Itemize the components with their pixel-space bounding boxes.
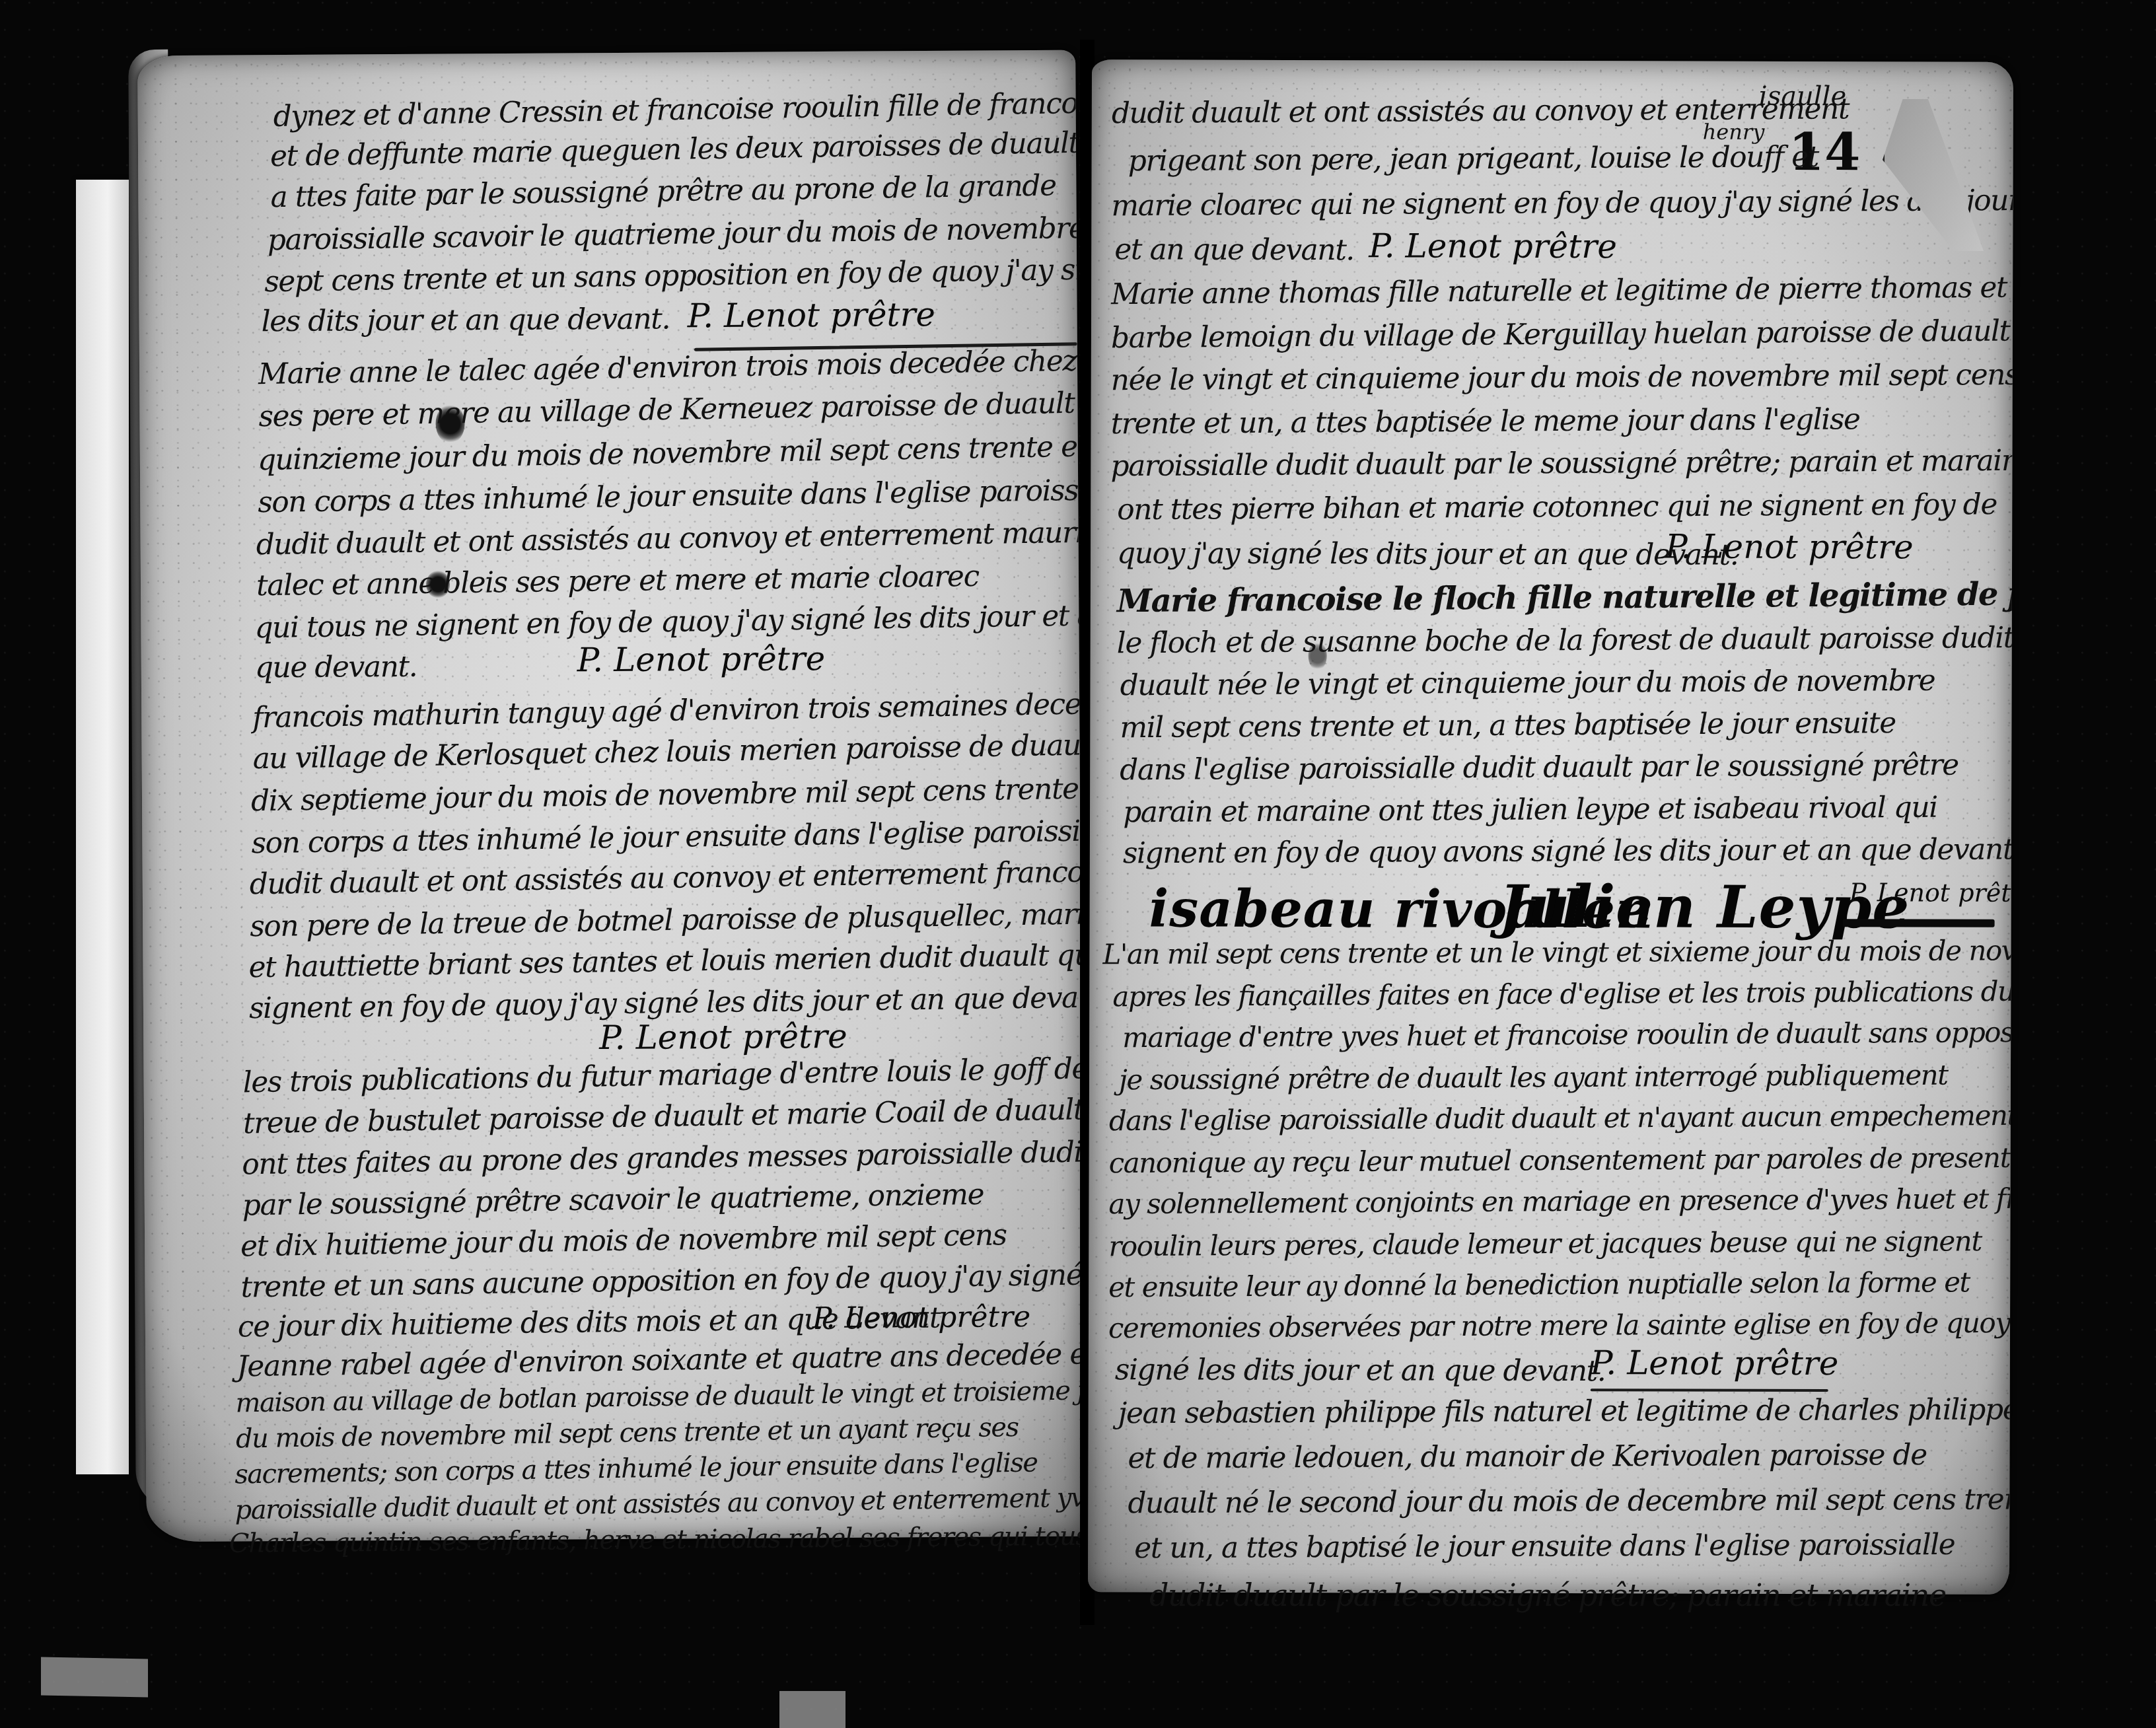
margin-note: isaulle — [1759, 81, 1846, 112]
text-line: paroissialle scavoir le quatrieme jour d… — [267, 211, 1084, 258]
text-line: francois mathurin tanguy agé d'environ t… — [252, 687, 1085, 735]
priest-signature: P. Lenot prêtre — [599, 1017, 847, 1057]
text-line: Marie francoise le floch fille naturelle… — [1117, 575, 2013, 620]
text-line: et de deffunte marie queguen les deux pa… — [270, 126, 1080, 173]
text-line: Jeanne rabel agée d'environ soixante et … — [236, 1336, 1085, 1383]
text-line: qui tous ne signent en foy de quoy j'ay … — [254, 598, 1085, 645]
text-line: et hauttiette briant ses tantes et louis… — [248, 937, 1085, 984]
text-line: dans l'eglise paroissialle dudit duault … — [1109, 1099, 2013, 1137]
text-line: prigeant son pere, jean prigeant, louise… — [1128, 140, 1818, 178]
gray-patch — [779, 1691, 845, 1728]
priest-signature: P. Lenot prêtre — [1665, 527, 1914, 566]
text-line: treue de bustulet paroisse de duault et … — [243, 1093, 1085, 1140]
priest-signature: P. Lenot prêtre — [687, 295, 935, 335]
priest-signature: P. Lenot prêtre — [577, 639, 826, 679]
priest-signature: P. Lenot prêtre — [812, 1300, 1031, 1335]
text-line: duault née le vingt et cinquieme jour du… — [1120, 664, 1935, 703]
text-line: quinzieme jour du mois de novembre mil s… — [257, 429, 1084, 477]
signature-rule — [1591, 1388, 1828, 1392]
text-line: son pere de la treue de botmel paroisse … — [250, 897, 1085, 943]
text-line: ay solennellement conjoints en mariage e… — [1108, 1182, 2013, 1220]
text-line: par le soussigné prêtre scavoir le quatr… — [242, 1178, 984, 1223]
text-line: mariage d'entre yves huet et francoise r… — [1122, 1015, 2013, 1054]
text-line: signent en foy de quoy avons signé les d… — [1123, 832, 2013, 870]
ink-blot — [435, 404, 464, 443]
text-line: et an que devant. — [1114, 233, 1354, 267]
text-line: et un, a ttes baptisé le jour ensuite da… — [1134, 1528, 1955, 1565]
text-line: du mois de novembre mil sept cens trente… — [236, 1412, 1019, 1455]
text-line: dudit duault et ont assistés au convoy e… — [249, 853, 1084, 902]
text-line: le floch et de susanne boche de la fores… — [1117, 621, 2013, 660]
priest-signature: P. Lenot prêtre — [1369, 227, 1617, 266]
text-line: rooulin leurs peres, claude lemeur et ja… — [1108, 1225, 1982, 1262]
text-line: talec et anne bleis ses pere et mere et … — [256, 559, 979, 602]
witness-signature-julien: Julien Leype — [1499, 872, 1910, 942]
ink-blot — [1309, 641, 1327, 670]
text-line: trente et un, a ttes baptisée le meme jo… — [1110, 402, 1859, 441]
gray-patch — [41, 1657, 148, 1698]
text-line: ceremonies observées par notre mere la s… — [1108, 1306, 2013, 1344]
text-line: signé les dits jour et an que devant. — [1115, 1353, 1606, 1388]
text-line: son corps a ttes inhumé le jour ensuite … — [251, 814, 1085, 861]
text-line: Marie anne thomas fille naturelle et leg… — [1111, 270, 2013, 311]
text-line: paroissialle dudit duault par le soussig… — [1110, 444, 2013, 484]
text-line: son corps a ttes inhumé le jour ensuite … — [258, 473, 1085, 520]
text-line: mil sept cens trente et un, a ttes bapti… — [1120, 706, 1896, 744]
text-line: apres les fiançailles faites en face d'e… — [1112, 974, 2013, 1013]
text-line: et dix huitieme jour du mois de novembre… — [240, 1218, 1007, 1263]
ink-blot — [426, 570, 450, 598]
text-line: trente et un sans aucune opposition en f… — [240, 1258, 1082, 1305]
text-line: sept cens trente et un sans opposition e… — [264, 252, 1085, 299]
text-line: canonique ay reçu leur mutuel consenteme… — [1109, 1141, 2014, 1179]
left-page-text: dynez et d'anne Cressin et francoise roo… — [137, 50, 1085, 1542]
text-line: Marie anne le talec agée d'environ trois… — [258, 344, 1077, 392]
text-line: barbe lemoign du village de Kerguillay h… — [1111, 314, 2010, 355]
text-line: a ttes faite par le soussigné prêtre au … — [270, 168, 1056, 214]
text-line: les trois publications du futur mariage … — [242, 1051, 1085, 1099]
text-line: L'an mil sept cens trente et un le vingt… — [1102, 934, 2013, 971]
text-line: ont ttes pierre bihan et marie cotonnec … — [1117, 487, 1997, 526]
text-line: dynez et d'anne Cressin et francoise roo… — [273, 86, 1085, 133]
ink-flourish — [1843, 919, 1995, 927]
text-line: dudit duault et ont assistés au convoy e… — [256, 515, 1085, 561]
text-line: duault né le second jour du mois de dece… — [1128, 1482, 2013, 1520]
text-line: jean sebastien philippe fils naturel et … — [1118, 1392, 2013, 1430]
text-line: les dits jour et an que devant. — [261, 302, 670, 338]
white-tab-strip — [76, 180, 129, 1474]
text-line: quoy j'ay signé les dits jour et an que … — [1117, 536, 1738, 571]
text-line: marie cloarec qui ne signent en foy de q… — [1111, 184, 2013, 223]
text-line: parain et maraine ont ttes julien leype … — [1123, 791, 1937, 830]
right-page-text: dudit duault et ont assistés au convoy e… — [1088, 59, 2013, 1595]
text-line: née le vingt et cinquieme jour du mois d… — [1111, 358, 2013, 397]
text-line: dans l'eglise paroissialle dudit duault … — [1120, 748, 1958, 787]
left-page: dynez et d'anne Cressin et francoise roo… — [137, 50, 1085, 1542]
text-line: et de marie ledouen, du manoir de Kerivo… — [1128, 1438, 1926, 1475]
text-line: dix septieme jour du mois de novembre mi… — [251, 771, 1085, 818]
priest-signature: P. Lenot prêtre — [1591, 1344, 1839, 1383]
text-line: que devant. — [255, 650, 417, 684]
text-line: ses pere et mere au village de Kerneuez … — [258, 386, 1085, 433]
text-line: au village de Kerlosquet chez louis meri… — [252, 727, 1085, 775]
priest-signature: P. Lenot prêtre — [1850, 878, 2013, 908]
text-line: sacrements; son corps a ttes inhumé le j… — [234, 1447, 1038, 1490]
text-line: paroissialle dudit duault et ont assisté… — [234, 1482, 1085, 1525]
text-line: et ensuite leur ay donné la benediction … — [1108, 1266, 1970, 1303]
text-line: ont ttes faites au prone des grandes mes… — [242, 1134, 1085, 1181]
text-line: je soussigné prêtre de duault les ayant … — [1119, 1059, 1948, 1097]
right-page: dudit duault et ont assistés au convoy e… — [1088, 59, 2013, 1595]
